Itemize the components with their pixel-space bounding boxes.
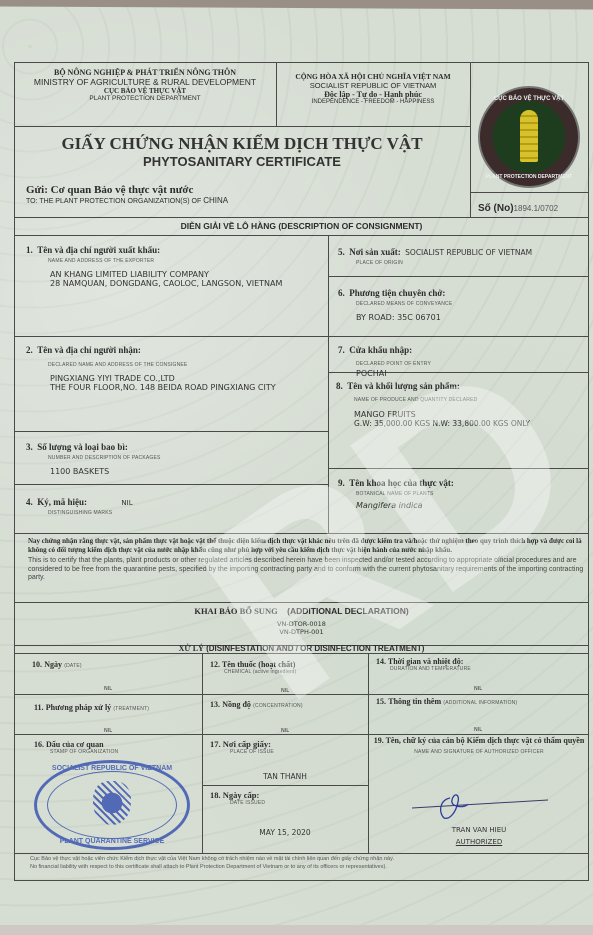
fields-f3-num: 3. (26, 442, 33, 452)
motto-en: INDEPENDENCE - FREEDOM - HAPPINESS (278, 99, 468, 105)
table-rule (588, 62, 589, 880)
signature-icon (410, 790, 550, 820)
fields-f7-en: DECLARED POINT OF ENTRY (356, 361, 586, 367)
treatment-f12-vi: Tên thuốc (hoạt chất) (222, 660, 296, 669)
treatment-f13-vi: Nồng độ (222, 700, 251, 709)
field-date-issued: 18. Ngày cấp: DATE ISSUED (210, 790, 265, 806)
table-rule (328, 235, 329, 533)
consignee-name: PINGXIANG YIYI TRADE CO.,LTD (50, 374, 326, 383)
fields-f8-vi: Tên và khối lượng sản phẩm: (347, 381, 460, 391)
field-botanical-name: 9. Tên khoa học của thực vật: BOTANICAL … (338, 473, 586, 510)
motto-vi: Độc lập - Tự do - Hạnh phúc (278, 90, 468, 99)
date-issued-value: MAY 15, 2020 (202, 828, 368, 837)
fields-f5-num: 5. (338, 247, 345, 257)
table-rule (14, 336, 589, 337)
f18-num: 18. (210, 790, 221, 800)
table-rule (14, 533, 589, 534)
field-produce: 8. Tên và khối lượng sản phẩm: NAME OF P… (336, 376, 586, 428)
fields-f9-num: 9. (338, 478, 345, 488)
additional-title_en: (ADDITIONAL DECLARATION) (287, 606, 409, 616)
treatment-header_en: (DISINFESTATION AND / OR DISINFECTION TR… (206, 644, 424, 653)
chemical-value: NIL (202, 688, 368, 694)
table-rule (328, 276, 588, 277)
place-of-issue-value: TAN THANH (202, 772, 368, 781)
stamp-top: SOCIALIST REPUBLIC OF VIETNAM (37, 765, 187, 772)
fields-f3-en: NUMBER AND DESCRIPTION OF PACKAGES (48, 455, 326, 461)
conveyance-value: BY ROAD: 35C 06701 (356, 313, 586, 322)
footer-vi: Cục Bảo vệ thực vật hoặc viên chức Kiểm … (30, 855, 586, 863)
treatment-header: XỬ LÝ (DISINFESTATION AND / OR DISINFECT… (14, 644, 589, 653)
fields-f9-vi: Tên khoa học của thực vật: (349, 478, 454, 488)
table-rule (14, 853, 589, 854)
treatment-method-value: NIL (14, 728, 202, 734)
fields-f6-num: 6. (338, 288, 345, 298)
table-rule (14, 484, 328, 485)
title-block: GIẤY CHỨNG NHẬN KIỂM DỊCH THỰC VẬT PHYTO… (14, 134, 470, 169)
field-authorized-officer: 19. Tên, chữ ký của cán bộ Kiểm dịch thự… (372, 736, 586, 755)
treatment-f10-en: (DATE) (64, 663, 82, 669)
officer-title: AUTHORIZED (372, 838, 586, 846)
to-vi: Gửi: Cơ quan Bảo vệ thực vật nước (26, 184, 228, 196)
fields-f4-en: DISTINGUISHING MARKS (48, 510, 326, 516)
produce-name: MANGO FRUITS (354, 410, 586, 419)
fields-f1-num: 1. (26, 245, 33, 255)
field-duration: 14. Thời gian và nhiệt độ: DURATION AND … (376, 657, 586, 672)
treatment-header_vi: XỬ LÝ (179, 644, 204, 653)
duration-value: NIL (368, 686, 588, 692)
field-point-of-entry: 7. Cửa khẩu nhập: DECLARED POINT OF ENTR… (338, 340, 586, 378)
ministry-vi: BỘ NÔNG NGHIỆP & PHÁT TRIỂN NÔNG THÔN (16, 68, 274, 77)
treatment-f11-num: 11. (34, 703, 44, 712)
exporter-address: 28 NAMQUAN, DONGDANG, CAOLOC, LANGSON, V… (50, 279, 326, 288)
fields-f2-en: DECLARED NAME AND ADDRESS OF THE CONSIGN… (48, 362, 326, 368)
dept-en: PLANT PROTECTION DEPARTMENT (16, 95, 274, 102)
logo-top-text: CỤC BẢO VỆ THỰC VẬT (480, 96, 578, 102)
fields-f8-num: 8. (336, 381, 343, 391)
f19-num: 19. (374, 736, 384, 745)
marks-value: NIL (121, 499, 132, 507)
table-rule (14, 431, 328, 432)
fields-f4-num: 4. (26, 497, 33, 507)
f16-num: 16. (34, 740, 44, 749)
fields-f8-en: NAME OF PRODUCE AND QUANTITY DECLARED (354, 397, 586, 403)
fields-f1-en: NAME AND ADDRESS OF THE EXPORTER (48, 258, 326, 264)
emblem-icon (93, 781, 131, 825)
table-rule (14, 694, 589, 695)
republic-block: CỘNG HÒA XÃ HỘI CHỦ NGHĨA VIỆT NAM SOCIA… (278, 72, 468, 105)
fields-f6-vi: Phương tiện chuyên chở: (349, 288, 445, 298)
table-rule (14, 217, 589, 218)
f19-vi: Tên, chữ ký của cán bộ Kiểm dịch thực vậ… (386, 736, 585, 745)
field-marks: 4. Ký, mã hiệu: NIL DISTINGUISHING MARKS (26, 492, 326, 516)
fields-f2-vi: Tên và địa chỉ người nhận: (37, 345, 141, 355)
treatment-f15-num: 15. (376, 697, 386, 706)
certification-statement: Nay chứng nhận rằng thực vật, sản phẩm t… (28, 537, 584, 583)
table-rule (368, 653, 369, 853)
treatment-f11-vi: Phương pháp xử lý (46, 703, 111, 712)
field-conveyance: 6. Phương tiện chuyên chở: DECLARED MEAN… (338, 283, 586, 322)
table-rule (14, 126, 470, 127)
consignment-header: DIỄN GIẢI VỀ LÔ HÀNG (DESCRIPTION OF CON… (14, 221, 589, 231)
field-chemical: 12. Tên thuốc (hoạt chất) CHEMICAL (acti… (210, 660, 365, 675)
table-rule (14, 880, 589, 881)
fields-f7-num: 7. (338, 345, 345, 355)
f19-en: NAME AND SIGNATURE OF AUTHORIZED OFFICER (372, 749, 586, 755)
treatment-f14-vi: Thời gian và nhiệt độ: (388, 657, 464, 666)
f17-vi: Nơi cấp giấy: (223, 739, 271, 749)
field-place-of-issue: 17. Nơi cấp giấy: PLACE OF ISSUE (210, 739, 274, 755)
plant-protection-logo-icon: CỤC BẢO VỆ THỰC VẬT PLANT PROTECTION DEP… (478, 86, 580, 188)
table-rule (470, 192, 588, 193)
treatment-f10-num: 10. (32, 660, 42, 669)
to-country: CHINA (203, 196, 228, 205)
fields-f6-en: DECLARED MEANS OF CONVEYANCE (356, 301, 586, 307)
cert-no-value: 1894.1/0702 (514, 204, 559, 213)
republic-vi: CỘNG HÒA XÃ HỘI CHỦ NGHĨA VIỆT NAM (278, 72, 468, 81)
treatment-date-value: NIL (14, 686, 202, 692)
fields-f4-vi: Ký, mã hiệu: (37, 497, 87, 507)
produce-weight: G.W: 35,000.00 KGS N.W: 33,800.00 KGS ON… (354, 419, 586, 428)
field-treatment-date: 10. Ngày (DATE) (32, 660, 82, 669)
stamp-bottom: PLANT QUARANTINE SERVICE (37, 838, 187, 845)
concentration-value: NIL (202, 728, 368, 734)
addressee: Gửi: Cơ quan Bảo vệ thực vật nước TO: TH… (26, 184, 228, 205)
f18-en: DATE ISSUED (230, 800, 265, 806)
additional-title_vi: KHAI BÁO BỔ SUNG (194, 606, 277, 616)
f16-vi: Dấu của cơ quan (46, 740, 104, 749)
table-rule (202, 653, 203, 853)
treatment-f11-en: (TREATMENT) (113, 706, 149, 712)
footer-en: No financial liability with respect to t… (30, 863, 586, 871)
botanical-value: Mangifera indica (356, 501, 586, 510)
additional-info-value: NIL (368, 727, 588, 733)
treatment-f10-vi: Ngày (44, 660, 62, 669)
treatment-f15-vi: Thông tin thêm (388, 697, 441, 706)
treatment-f15-en: (ADDITIONAL INFORMATION) (443, 700, 517, 706)
field-treatment-method: 11. Phương pháp xử lý (TREATMENT) (34, 703, 149, 712)
fields-f9-en: BOTANICAL NAME OF PLANTS (356, 491, 586, 497)
field-origin: 5. Nơi sản xuất: SOCIALIST REPUBLIC OF V… (338, 242, 586, 266)
table-rule (14, 62, 589, 63)
additional-declaration: KHAI BÁO BỔ SUNG (ADDITIONAL DECLARATION… (14, 606, 589, 636)
table-rule (470, 62, 471, 217)
dept-vi: CỤC BẢO VỆ THỰC VẬT (16, 87, 274, 95)
fields-f1-vi: Tên và địa chỉ người xuất khẩu: (37, 245, 160, 255)
f17-num: 17. (210, 739, 221, 749)
fields-f7-vi: Cửa khẩu nhập: (349, 345, 412, 355)
republic-en: SOCIALIST REPUBLIC OF VIETNAM (278, 81, 468, 90)
fields-f2-num: 2. (26, 345, 33, 355)
table-rule (14, 235, 589, 236)
title-en: PHYTOSANITARY CERTIFICATE (14, 154, 470, 169)
table-rule (14, 62, 15, 880)
logo-bottom-text: PLANT PROTECTION DEPARTMENT (480, 174, 578, 180)
table-rule (202, 785, 368, 786)
background-surface (0, 925, 593, 935)
cert-no-label: Số (No) (478, 203, 514, 214)
liability-footer: Cục Bảo vệ thực vật hoặc viên chức Kiểm … (30, 855, 586, 871)
certify-en: This is to certify that the plants, plan… (28, 557, 584, 583)
table-rule (328, 468, 588, 469)
table-rule (14, 602, 589, 603)
to-en: TO: THE PLANT PROTECTION ORGANIZATION(S)… (26, 198, 201, 205)
treatment-f14-en: DURATION AND TEMPERATURE (390, 666, 586, 672)
additional-line2: VN-DTPH-001 (14, 628, 589, 636)
field-concentration: 13. Nồng độ (CONCENTRATION) (210, 700, 303, 709)
ministry-en: MINISTRY OF AGRICULTURE & RURAL DEVELOPM… (16, 77, 274, 87)
field-stamp: 16. Dấu của cơ quan STAMP OF ORGANIZATIO… (34, 740, 118, 755)
officer-name: TRAN VAN HIEU (372, 826, 586, 834)
certify-vi: Nay chứng nhận rằng thực vật, sản phẩm t… (28, 537, 584, 555)
fields-f3-vi: Số lượng và loại bao bì: (37, 442, 128, 452)
field-packages: 3. Số lượng và loại bao bì: NUMBER AND D… (26, 437, 326, 476)
treatment-f14-num: 14. (376, 657, 386, 666)
table-rule (14, 653, 589, 654)
packages-value: 1100 BASKETS (50, 467, 326, 476)
certificate-number: Số (No)1894.1/0702 (478, 203, 558, 214)
f18-vi: Ngày cấp: (223, 790, 260, 800)
field-consignee: 2. Tên và địa chỉ người nhận: DECLARED N… (26, 340, 326, 392)
treatment-f12-num: 12. (210, 660, 220, 669)
table-rule (14, 734, 589, 735)
treatment-f13-en: (CONCENTRATION) (253, 703, 303, 709)
field-exporter: 1. Tên và địa chỉ người xuất khẩu: NAME … (26, 240, 326, 288)
treatment-f12-en: CHEMICAL (active ingredient) (224, 669, 365, 675)
fields-f5-en: PLACE OF ORIGIN (356, 260, 586, 266)
additional-line1: VN-DTOR-0018 (14, 620, 589, 628)
exporter-name: AN KHANG LIMITED LIABILITY COMPANY (50, 270, 326, 279)
fields-f5-vi: Nơi sản xuất: (349, 247, 401, 257)
origin-value: SOCIALIST REPUBLIC OF VIETNAM (405, 248, 532, 257)
wheat-icon (520, 110, 538, 162)
field-additional-info: 15. Thông tin thêm (ADDITIONAL INFORMATI… (376, 697, 517, 706)
table-rule (276, 62, 277, 126)
official-stamp-icon: SOCIALIST REPUBLIC OF VIETNAM PLANT QUAR… (34, 760, 190, 850)
issuer-block: BỘ NÔNG NGHIỆP & PHÁT TRIỂN NÔNG THÔN MI… (16, 68, 274, 102)
title-vi: GIẤY CHỨNG NHẬN KIỂM DỊCH THỰC VẬT (14, 134, 470, 154)
f16-en: STAMP OF ORGANIZATION (50, 749, 118, 755)
treatment-f13-num: 13. (210, 700, 220, 709)
consignee-address: THE FOUR FLOOR,NO. 148 BEIDA ROAD PINGXI… (50, 383, 326, 392)
f17-en: PLACE OF ISSUE (230, 749, 274, 755)
